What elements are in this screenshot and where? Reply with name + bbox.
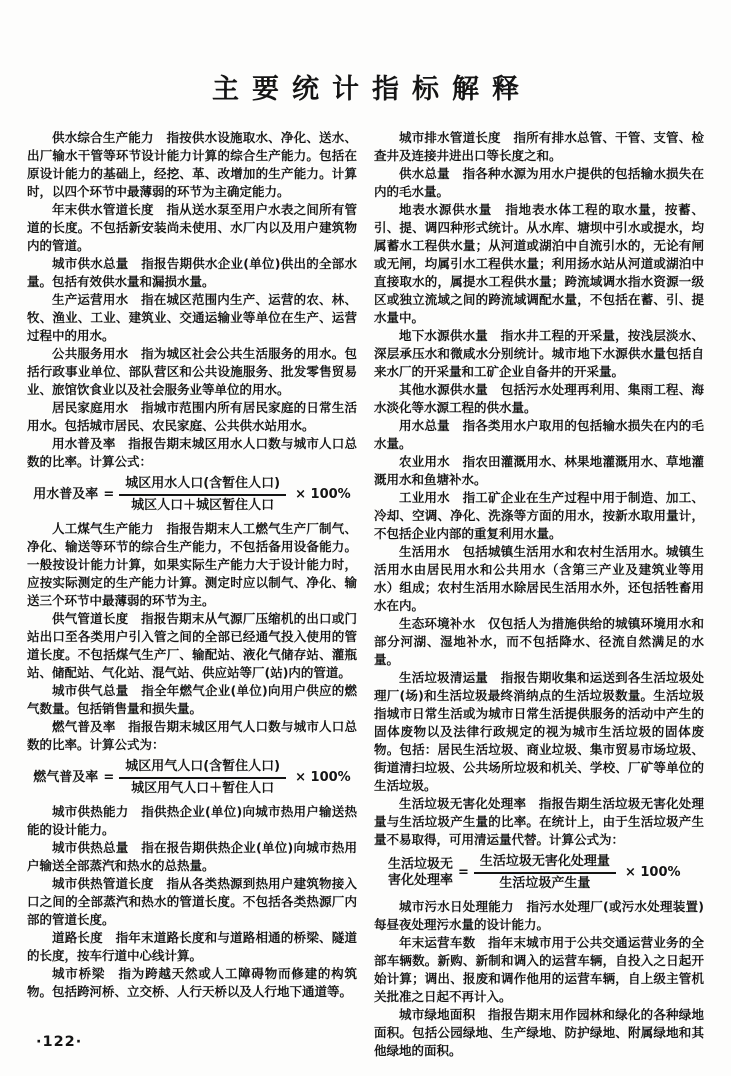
definition-entry: 燃气普及率 指报告期末城区用气人口数与城市人口总数的比率。计算公式为： <box>27 718 357 754</box>
term-label: 城市污水日处理能力 <box>399 899 514 914</box>
content-columns: 供水综合生产能力 指按供水设施取水、净化、送水、出厂输水干管等环节设计能力计算的… <box>0 129 731 1060</box>
definition-entry: 公共服务用水 指为城区社会公共生活服务的用水。包括行政事业单位、部队营区和公共设… <box>27 345 357 399</box>
term-label: 城市供水总量 <box>52 256 129 271</box>
term-label: 生活垃圾清运量 <box>399 670 488 685</box>
definition-text: 指地表水体工程的取水量，按蓄、引、提、调四种形式统计。从水库、塘坝中引水或提水，… <box>374 202 704 325</box>
formula-lhs-line: 燃气普及率 <box>33 770 98 786</box>
definition-entry: 工业用水 指工矿企业在生产过程中用于制造、加工、冷却、空调、净化、洗涤等方面的用… <box>374 489 704 543</box>
definition-entry: 生态环境补水 仅包括人为措施供给的城镇环境用水和部分河湖、湿地补水，而不包括降水… <box>374 615 704 669</box>
definition-entry: 城市供气总量 指全年燃气企业(单位)向用户供应的燃气数量。包括销售量和损失量。 <box>27 682 357 718</box>
definition-entry: 城市排水管道长度 指所有排水总管、干管、支管、检查井及连接井进出口等长度之和。 <box>374 129 704 165</box>
term-label: 人工煤气生产能力 <box>52 521 154 536</box>
term-label: 城市供热管道长度 <box>52 876 154 891</box>
definition-entry: 生活垃圾清运量 指报告期收集和运送到各生活垃圾处理厂(场)和生活垃圾最终消纳点的… <box>374 669 704 795</box>
formula-suffix: × 100% <box>625 865 681 881</box>
page-number: ·122· <box>36 1034 82 1050</box>
definition-entry: 城市桥梁 指为跨越天然或人工障碍物而修建的构筑物。包括跨河桥、立交桥、人行天桥以… <box>27 965 357 1001</box>
column-left: 供水综合生产能力 指按供水设施取水、净化、送水、出厂输水干管等环节设计能力计算的… <box>27 129 357 1060</box>
formula-lhs: 用水普及率 <box>33 487 98 503</box>
formula-fraction: 城区用水人口(含暂住人口)城区人口＋城区暂住人口 <box>119 476 286 514</box>
definition-text: 指报告期收集和运送到各生活垃圾处理厂(场)和生活垃圾最终消纳点的生活垃圾数量。生… <box>374 670 704 793</box>
term-label: 农业用水 <box>399 454 450 469</box>
formula-denominator: 生活垃圾产生量 <box>493 874 596 892</box>
term-label: 城市排水管道长度 <box>399 130 501 145</box>
definition-entry: 年末运营车数 指年末城市用于公共交通运营业务的全部车辆数。新购、新制和调入的运营… <box>374 934 704 1006</box>
formula: 用水普及率=城区用水人口(含暂住人口)城区人口＋城区暂住人口× 100% <box>27 476 357 514</box>
term-label: 用水总量 <box>399 418 450 433</box>
term-label: 供水综合生产能力 <box>52 130 154 145</box>
term-label: 地表水源供水量 <box>399 202 492 217</box>
definition-entry: 生活用水 包括城镇生活用水和农村生活用水。城镇生活用水由居民用水和公共用水（含第… <box>374 543 704 615</box>
definition-entry: 城市绿地面积 指报告期末用作园林和绿化的各种绿地面积。包括公园绿地、生产绿地、防… <box>374 1006 704 1060</box>
term-label: 年末供水管道长度 <box>52 202 154 217</box>
formula-suffix: × 100% <box>295 487 351 503</box>
term-label: 燃气普及率 <box>52 719 116 734</box>
formula-suffix: × 100% <box>295 770 351 786</box>
definition-entry: 生产运营用水 指在城区范围内生产、运营的农、林、牧、渔业、工业、建筑业、交通运输… <box>27 291 357 345</box>
formula-denominator: 城区用气人口＋暂住人口 <box>125 779 280 797</box>
term-label: 城市供气总量 <box>52 683 129 698</box>
formula: 生活垃圾无害化处理率=生活垃圾无害化处理量生活垃圾产生量× 100% <box>388 854 704 892</box>
term-label: 年末运营车数 <box>399 935 475 950</box>
formula-lhs: 生活垃圾无害化处理率 <box>388 857 453 889</box>
definition-entry: 年末供水管道长度 指从送水泵至用户水表之间所有管道的长度。不包括新安装尚未使用、… <box>27 201 357 255</box>
equals-sign: = <box>458 865 469 881</box>
definition-entry: 城市供热总量 指在报告期供热企业(单位)向城市热用户输送全部蒸汽和热水的总热量。 <box>27 839 357 875</box>
formula-lhs-line: 害化处理率 <box>388 873 453 889</box>
definition-entry: 供水综合生产能力 指按供水设施取水、净化、送水、出厂输水干管等环节设计能力计算的… <box>27 129 357 201</box>
formula: 燃气普及率=城区用气人口(含暂住人口)城区用气人口＋暂住人口× 100% <box>27 759 357 797</box>
definition-entry: 城市供水总量 指报告期供水企业(单位)供出的全部水量。包括有效供水量和漏损水量。 <box>27 255 357 291</box>
formula-fraction: 城区用气人口(含暂住人口)城区用气人口＋暂住人口 <box>119 759 286 797</box>
definition-entry: 城市供热管道长度 指从各类热源到热用户建筑物接入口之间的全部蒸汽和热水的管道长度… <box>27 875 357 929</box>
definition-entry: 地表水源供水量 指地表水体工程的取水量，按蓄、引、提、调四种形式统计。从水库、塘… <box>374 201 704 327</box>
term-label: 生活用水 <box>399 544 450 559</box>
formula-numerator: 生活垃圾无害化处理量 <box>474 854 616 874</box>
term-label: 生态环境补水 <box>399 616 475 631</box>
definition-entry: 城市供热能力 指供热企业(单位)向城市热用户输送热能的设计能力。 <box>27 803 357 839</box>
formula-fraction: 生活垃圾无害化处理量生活垃圾产生量 <box>474 854 616 892</box>
equals-sign: = <box>103 487 114 503</box>
term-label: 城市供热总量 <box>52 840 129 855</box>
formula-lhs: 燃气普及率 <box>33 770 98 786</box>
definition-entry: 用水普及率 指报告期末城区用水人口数与城市人口总数的比率。计算公式： <box>27 435 357 471</box>
definition-entry: 供水总量 指各种水源为用水户提供的包括输水损失在内的毛水量。 <box>374 165 704 201</box>
term-label: 居民家庭用水 <box>52 400 128 415</box>
definition-entry: 用水总量 指各类用水户取用的包括输水损失在内的毛水量。 <box>374 417 704 453</box>
term-label: 公共服务用水 <box>52 346 128 361</box>
term-label: 用水普及率 <box>52 436 116 451</box>
term-label: 其他水源供水量 <box>399 382 488 397</box>
term-label: 地下水源供水量 <box>399 328 488 343</box>
term-label: 供气管道长度 <box>52 611 128 626</box>
document-page: 主要统计指标解释 供水综合生产能力 指按供水设施取水、净化、送水、出厂输水干管等… <box>0 0 731 1076</box>
formula-numerator: 城区用气人口(含暂住人口) <box>119 759 286 779</box>
formula-lhs-line: 用水普及率 <box>33 487 98 503</box>
definition-entry: 城市污水日处理能力 指污水处理厂(或污水处理装置)每昼夜处理污水量的设计能力。 <box>374 898 704 934</box>
term-label: 生活垃圾无害化处理率 <box>399 796 526 811</box>
formula-denominator: 城区人口＋城区暂住人口 <box>125 496 280 514</box>
term-label: 城市绿地面积 <box>399 1007 475 1022</box>
definition-entry: 农业用水 指农田灌溉用水、林果地灌溉用水、草地灌溉用水和鱼塘补水。 <box>374 453 704 489</box>
term-label: 城市供热能力 <box>52 804 129 819</box>
definition-entry: 人工煤气生产能力 指报告期末人工燃气生产厂制气、净化、输送等环节的综合生产能力，… <box>27 520 357 610</box>
page-title: 主要统计指标解释 <box>0 0 731 106</box>
equals-sign: = <box>103 770 114 786</box>
definition-entry: 居民家庭用水 指城市范围内所有居民家庭的日常生活用水。包括城市居民、农民家庭、公… <box>27 399 357 435</box>
definition-entry: 其他水源供水量 包括污水处理再利用、集雨工程、海水淡化等水源工程的供水量。 <box>374 381 704 417</box>
term-label: 供水总量 <box>399 166 450 181</box>
definition-entry: 道路长度 指年末道路长度和与道路相通的桥梁、隧道的长度，按车行道中心线计算。 <box>27 929 357 965</box>
term-label: 工业用水 <box>399 490 450 505</box>
definition-entry: 生活垃圾无害化处理率 指报告期生活垃圾无害化处理量与生活垃圾产生量的比率。在统计… <box>374 795 704 849</box>
term-label: 生产运营用水 <box>52 292 128 307</box>
term-label: 城市桥梁 <box>52 966 105 981</box>
term-label: 道路长度 <box>52 930 103 945</box>
column-right: 城市排水管道长度 指所有排水总管、干管、支管、检查井及连接井进出口等长度之和。供… <box>374 129 704 1060</box>
definition-entry: 供气管道长度 指报告期末从气源厂压缩机的出口或门站出口至各类用户引入管之间的全部… <box>27 610 357 682</box>
definition-entry: 地下水源供水量 指水井工程的开采量，按浅层淡水、深层承压水和微咸水分别统计。城市… <box>374 327 704 381</box>
formula-numerator: 城区用水人口(含暂住人口) <box>119 476 286 496</box>
formula-lhs-line: 生活垃圾无 <box>388 857 453 873</box>
